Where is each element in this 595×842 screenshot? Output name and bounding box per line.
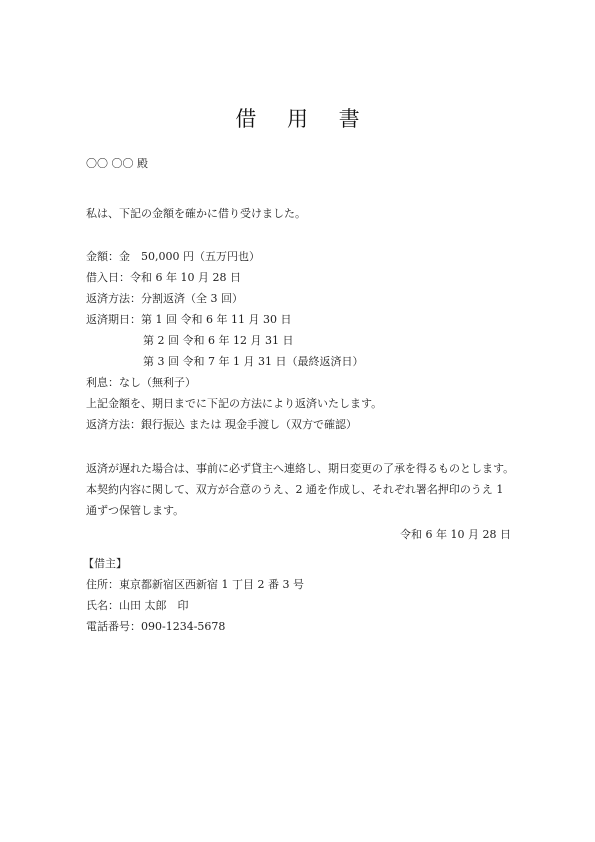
intro-text: 私は、下記の金額を確かに借り受けました。 <box>86 207 306 221</box>
addressee: 〇〇 〇〇 殿 <box>86 157 148 171</box>
borrower-name: 氏名：山田 太郎 印 <box>86 599 189 613</box>
borrow-date-line: 借入日：令和 6 年 10 月 28 日 <box>86 271 241 285</box>
borrower-phone: 電話番号：090-1234-5678 <box>86 620 225 634</box>
repayment-method-line: 返済方法：分割返済（全 3 回） <box>86 292 243 306</box>
due-date-1: 返済期日：第 1 回 令和 6 年 11 月 30 日 <box>86 313 291 327</box>
commitment-line: 上記金額を、期日までに下記の方法により返済いたします。 <box>86 397 382 411</box>
document-title: 借 用 書 <box>0 103 595 133</box>
document-date: 令和 6 年 10 月 28 日 <box>400 528 511 542</box>
clause-late-payment: 返済が遅れた場合は、事前に必ず貸主へ連絡し、期日変更の了承を得るものとします。 <box>86 458 516 479</box>
due-date-2: 第 2 回 令和 6 年 12 月 31 日 <box>143 334 293 348</box>
interest-line: 利息：なし（無利子） <box>86 376 196 390</box>
amount-line: 金額：金 50,000 円（五万円也） <box>86 250 260 264</box>
clause-copies: 本契約内容に関して、双方が合意のうえ、2 通を作成し、それぞれ署名押印のうえ 1… <box>86 479 516 521</box>
due-date-3: 第 3 回 令和 7 年 1 月 31 日（最終返済日） <box>143 355 363 369</box>
payment-means-line: 返済方法：銀行振込 または 現金手渡し（双方で確認） <box>86 418 357 432</box>
borrower-address: 住所：東京都新宿区西新宿 1 丁目 2 番 3 号 <box>86 578 304 592</box>
borrower-heading: 【借主】 <box>83 557 127 571</box>
document-page: 借 用 書 〇〇 〇〇 殿 私は、下記の金額を確かに借り受けました。 金額：金 … <box>0 0 595 842</box>
